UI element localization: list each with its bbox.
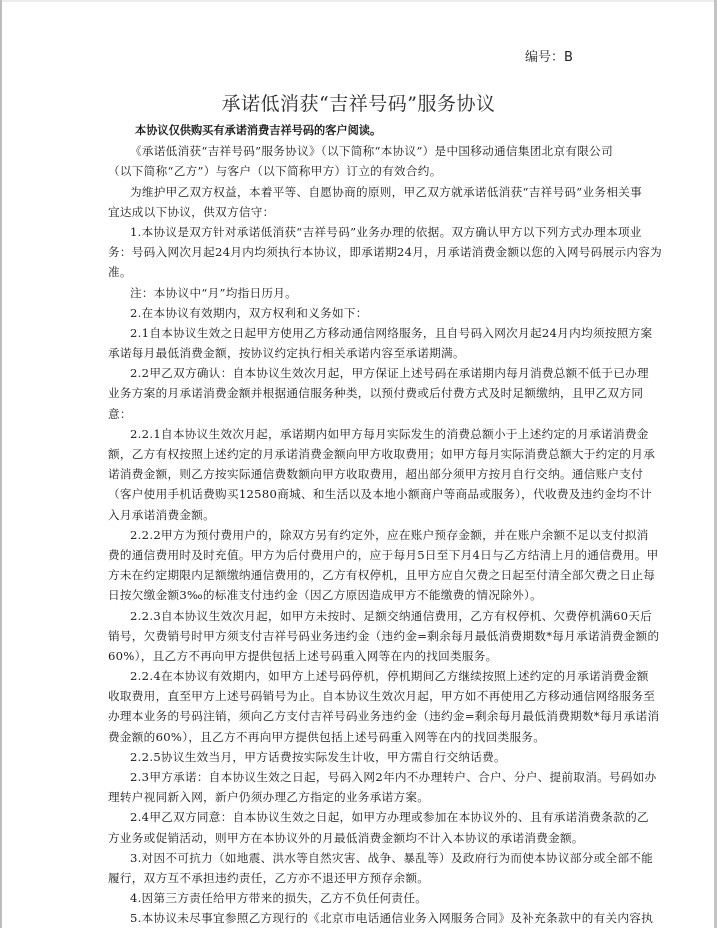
page-left-edge [0, 0, 2, 928]
text-line: 方未在约定期限内足额缴纳通信费用的，乙方有权停机，且甲方应自欠费之日起至付清全部… [108, 565, 614, 585]
text-line: 3.对因不可抗力（如地震、洪水等自然灾害、战争、暴乱等）及政府行为而使本协议部分… [108, 848, 614, 868]
paragraph-clause-4: 4.因第三方责任给甲方带来的损失，乙方不负任何责任。 [108, 888, 614, 908]
paragraph-clause-2-4: 2.4甲乙双方同意：自本协议生效之日起，如甲方办理或参加在本协议外的、且有承诺消… [108, 807, 614, 847]
text-line: （以下简称“乙方”）与客户（以下简称甲方）订立的有效合约。 [108, 161, 614, 181]
text-line: 2.2.2甲方为预付费用户的，除双方另有约定外，应在账户预存金额，并在账户余额不… [108, 525, 614, 545]
paragraph-clause-2: 2.在本协议有效期内，双方权利和义务如下： [108, 303, 614, 323]
text-line: 2.3甲方承诺：自本协议生效之日起，号码入网2年内不办理转户、合户、分户、提前取… [108, 767, 614, 787]
text-line: 费的通信费用时及时充值。甲方为后付费用户的，应于每月5日至下月4日与乙方结清上月… [108, 545, 614, 565]
text-line: 2.2.3自本协议生效次月起，如甲方未按时、足额交纳通信费用，乙方有权停机、欠费… [108, 606, 614, 626]
text-line: 额，乙方有权按照上述约定的月承诺消费金额向甲方收取费用；如甲方每月实际消费总额大… [108, 444, 614, 464]
text-line: （客户使用手机话费购买12580商城、和生活以及本地小额商户等商品或服务），代收… [108, 484, 614, 504]
text-line: 为维护甲乙双方权益，本着平等、自愿协商的原则，甲乙双方就承诺低消获“吉祥号码”业… [108, 182, 614, 202]
text-line: 意： [108, 404, 614, 424]
text-line: 2.2.4在本协议有效期内，如甲方上述号码停机，停机期间乙方继续按照上述约定的月… [108, 666, 614, 686]
paragraph-clause-2-2-4: 2.2.4在本协议有效期内，如甲方上述号码停机，停机期间乙方继续按照上述约定的月… [108, 666, 614, 747]
document-title: 承诺低消获“吉祥号码”服务协议 [0, 89, 717, 116]
paragraph-clause-2-2-2: 2.2.2甲方为预付费用户的，除双方另有约定外，应在账户预存金额，并在账户余额不… [108, 525, 614, 606]
text-line: 2.2甲乙双方确认：自本协议生效次月起，甲方保证上述号码在承诺期内每月消费总额不… [108, 363, 614, 383]
text-line: 收取费用，直至甲方上述号码销号为止。自本协议生效次月起，甲方如不再使用乙方移动通… [108, 686, 614, 706]
document-number: 编号：B [525, 46, 573, 65]
paragraph-clause-2-2-3: 2.2.3自本协议生效次月起，如甲方未按时、足额交纳通信费用，乙方有权停机、欠费… [108, 606, 614, 667]
text-line: 注：本协议中“月”均指日历月。 [108, 283, 614, 303]
text-line: 2.4甲乙双方同意：自本协议生效之日起，如甲方办理或参加在本协议外的、且有承诺消… [108, 807, 614, 827]
text-line: 诺消费金额，则乙方按实际通信费数额向甲方收取费用，超出部分须甲方按月自行交纳。通… [108, 464, 614, 484]
text-line: 准。 [108, 262, 614, 282]
text-line: 宜达成以下协议，供双方信守： [108, 202, 614, 222]
text-line: 业务方案的月承诺消费金额并根据通信服务种类，以预付费或后付费方式及时足额缴纳，且… [108, 383, 614, 403]
paragraph-clause-1: 1.本协议是双方针对承诺低消获“吉祥号码”业务办理的依据。双方确认甲方以下列方式… [108, 222, 614, 283]
text-line: 方业务或促销活动，则甲方在本协议外的月最低消费金额均不计入本协议的承诺消费金额。 [108, 828, 614, 848]
page-top-edge [0, 0, 717, 2]
paragraph-note: 注：本协议中“月”均指日历月。 [108, 283, 614, 303]
paragraph-clause-2-3: 2.3甲方承诺：自本协议生效之日起，号码入网2年内不办理转户、合户、分户、提前取… [108, 767, 614, 807]
text-line: 2.在本协议有效期内，双方权利和义务如下： [108, 303, 614, 323]
paragraph-clause-2-2-1: 2.2.1自本协议生效次月起，承诺期内如甲方每月实际发生的消费总额小于上述约定的… [108, 424, 614, 525]
text-line: 《承诺低消获“吉祥号码”服务协议》（以下简称“本协议”）是中国移动通信集团北京有… [108, 141, 614, 161]
text-line: 承诺每月最低消费金额，按协议约定执行相关承诺内容至承诺期满。 [108, 343, 614, 363]
text-line: 4.因第三方责任给甲方带来的损失，乙方不负任何责任。 [108, 888, 614, 908]
paragraph-preamble-1: 《承诺低消获“吉祥号码”服务协议》（以下简称“本协议”）是中国移动通信集团北京有… [108, 141, 614, 181]
paragraph-clause-2-2-5: 2.2.5协议生效当月，甲方话费按实际发生计收，甲方需自行交纳话费。 [108, 747, 614, 767]
text-line: 务：号码入网次月起24月内均须执行本协议，即承诺期24月，月承诺消费金额以您的入… [108, 242, 614, 262]
text-line: 60%），且乙方不再向甲方提供包括上述号码重入网等在内的找回类服务。 [108, 646, 614, 666]
text-line: 日按欠缴金额3‰的标准支付违约金（因乙方原因造成甲方不能缴费的情况除外）。 [108, 585, 614, 605]
document-body: 本协议仅供购买有承诺消费吉祥号码的客户阅读。 《承诺低消获“吉祥号码”服务协议》… [108, 121, 614, 928]
text-line: 理转户视同新入网，新户仍须办理乙方指定的业务承诺方案。 [108, 787, 614, 807]
paragraph-clause-2-2: 2.2甲乙双方确认：自本协议生效次月起，甲方保证上述号码在承诺期内每月消费总额不… [108, 363, 614, 424]
text-line: 2.2.5协议生效当月，甲方话费按实际发生计收，甲方需自行交纳话费。 [108, 747, 614, 767]
text-line: 销号，欠费销号时甲方须支付吉祥号码业务违约金（违约金=剩余每月最低消费期数*每月… [108, 626, 614, 646]
paragraph-clause-3: 3.对因不可抗力（如地震、洪水等自然灾害、战争、暴乱等）及政府行为而使本协议部分… [108, 848, 614, 888]
text-line: 2.2.1自本协议生效次月起，承诺期内如甲方每月实际发生的消费总额小于上述约定的… [108, 424, 614, 444]
text-line: 入月承诺消费金额。 [108, 505, 614, 525]
paragraph-clause-2-1: 2.1自本协议生效之日起甲方使用乙方移动通信网络服务，且自号码入网次月起24月内… [108, 323, 614, 363]
paragraph-preamble-2: 为维护甲乙双方权益，本着平等、自愿协商的原则，甲乙双方就承诺低消获“吉祥号码”业… [108, 182, 614, 222]
text-line: 5.本协议未尽事宜参照乙方现行的《北京市电话通信业务入网服务合同》及补充条款中的… [108, 908, 614, 928]
text-line: 1.本协议是双方针对承诺低消获“吉祥号码”业务办理的依据。双方确认甲方以下列方式… [108, 222, 614, 242]
text-line: 办理本业务的号码注销，须向乙方支付吉祥号码业务违约金（违约金=剩余每月最低消费期… [108, 706, 614, 726]
text-line: 费金额的60%），且乙方不再向甲方提供包括上述号码重入网等在内的找回类服务。 [108, 727, 614, 747]
text-line: 履行，双方互不承担违约责任，乙方亦不退还甲方预存余额。 [108, 868, 614, 888]
text-line: 2.1自本协议生效之日起甲方使用乙方移动通信网络服务，且自号码入网次月起24月内… [108, 323, 614, 343]
paragraph-clause-5: 5.本协议未尽事宜参照乙方现行的《北京市电话通信业务入网服务合同》及补充条款中的… [108, 908, 614, 928]
intro-notice: 本协议仅供购买有承诺消费吉祥号码的客户阅读。 [108, 121, 614, 141]
